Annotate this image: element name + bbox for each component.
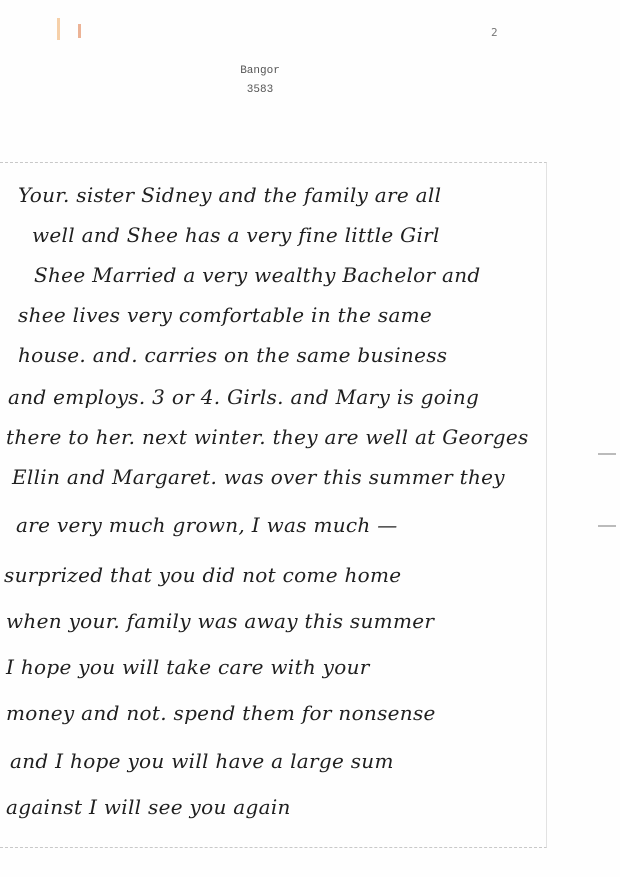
letter-line: Your. sister Sidney and the family are a… (18, 183, 441, 207)
paper-stain (57, 18, 60, 40)
letter-line: Shee Married a very wealthy Bachelor and (34, 263, 481, 287)
header-location: Bangor (220, 62, 300, 81)
letter-line: and I hope you will have a large sum (10, 749, 394, 773)
letter-line: Ellin and Margaret. was over this summer… (12, 465, 505, 489)
paper-stain (78, 24, 81, 38)
letter-line: when your. family was away this summer (6, 609, 434, 633)
letter-line: against I will see you again (6, 795, 291, 819)
letter-line: well and Shee has a very fine little Gir… (32, 223, 440, 247)
letter-line: there to her. next winter. they are well… (6, 425, 529, 449)
scanned-letter-page: 2 Bangor 3583 Your. sister Sidney and th… (0, 0, 620, 877)
letter-line: surprized that you did not come home (4, 563, 401, 587)
letter-line: shee lives very comfortable in the same (18, 303, 432, 327)
letter-line: I hope you will take care with your (6, 655, 370, 679)
page-number: 2 (491, 26, 498, 39)
letter-line: are very much grown, I was much — (16, 513, 398, 537)
letter-line: and employs. 3 or 4. Girls. and Mary is … (8, 385, 479, 409)
archive-header: Bangor 3583 (220, 62, 300, 100)
margin-mark (598, 453, 616, 455)
header-reference: 3583 (220, 81, 300, 100)
margin-mark (598, 525, 616, 527)
letter-line: money and not. spend them for nonsense (6, 701, 436, 725)
handwritten-letter: Your. sister Sidney and the family are a… (0, 162, 547, 848)
letter-line: house. and. carries on the same business (18, 343, 447, 367)
